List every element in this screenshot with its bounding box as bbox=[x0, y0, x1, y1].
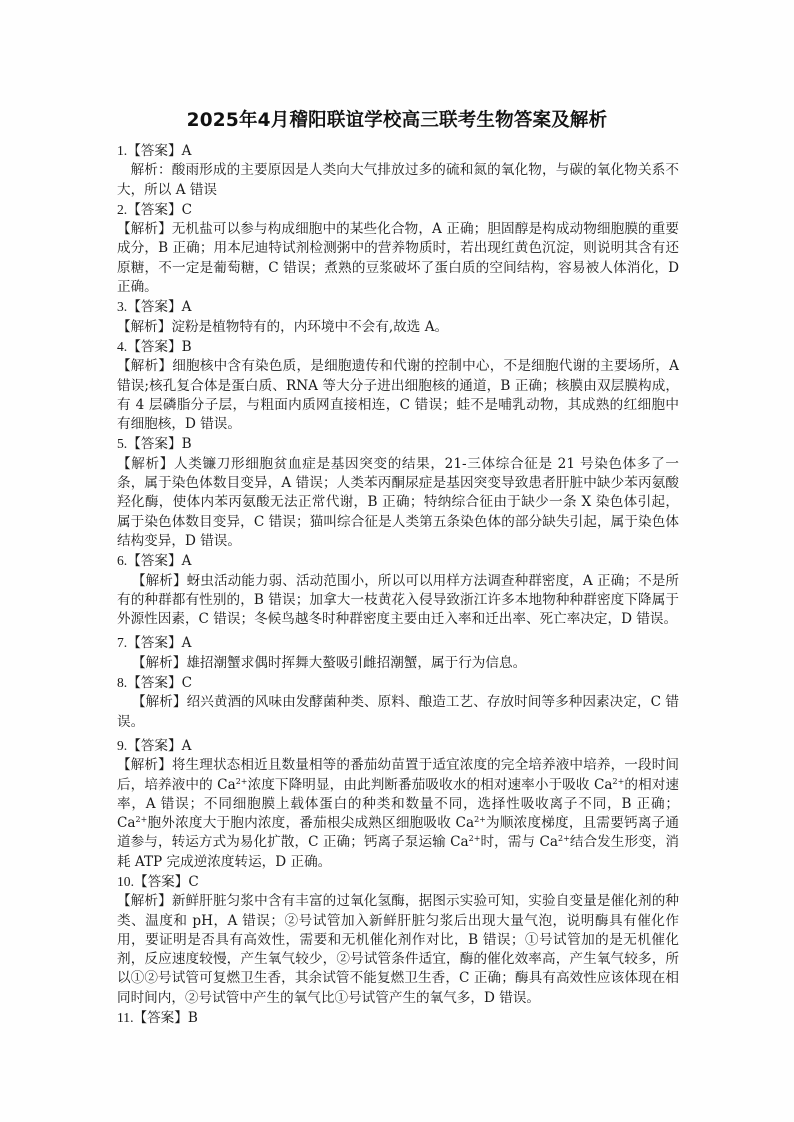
answer-value: B bbox=[182, 339, 192, 355]
answer-value: A bbox=[182, 553, 192, 569]
superscript: 2+ bbox=[236, 777, 248, 786]
document-title: 2025年4月稽阳联谊学校高三联考生物答案及解析 bbox=[0, 106, 794, 132]
superscript: 2+ bbox=[469, 834, 481, 843]
answer-line: 10.【答案】C bbox=[117, 872, 679, 892]
answer-list: 1.【答案】A 解析：酸雨形成的主要原因是人类向大气排放过多的硫和氮的氧化物，与… bbox=[117, 141, 679, 1028]
answer-line: 6.【答案】A bbox=[117, 551, 679, 571]
answer-item-6: 6.【答案】A 【解析】蚜虫活动能力弱、活动范围小，所以可以用样方法调查种群密度… bbox=[117, 551, 679, 629]
answer-value: B bbox=[182, 436, 192, 452]
answer-item-2: 2.【答案】C 【解析】无机盐可以参与构成细胞中的某些化合物，A 正确；胆固醇是… bbox=[117, 200, 679, 297]
answer-value: A bbox=[182, 299, 192, 315]
answer-line: 8.【答案】C bbox=[117, 673, 679, 693]
explanation: 【解析】无机盐可以参与构成细胞中的某些化合物，A 正确；胆固醇是构成动物细胞膜的… bbox=[117, 220, 679, 297]
answer-item-1: 1.【答案】A 解析：酸雨形成的主要原因是人类向大气排放过多的硫和氮的氧化物，与… bbox=[117, 141, 679, 200]
explanation: 【解析】人类镰刀形细胞贫血症是基因突变的结果，21-三体综合征是 21 号染色体… bbox=[117, 455, 679, 551]
superscript: 2+ bbox=[136, 815, 148, 824]
answer-line: 5.【答案】B bbox=[117, 434, 679, 454]
answer-item-5: 5.【答案】B 【解析】人类镰刀形细胞贫血症是基因突变的结果，21-三体综合征是… bbox=[117, 434, 679, 551]
explanation: 【解析】雄招潮蟹求偶时挥舞大螯吸引雌招潮蟹，属于行为信息。 bbox=[117, 654, 679, 673]
answer-item-10: 10.【答案】C 【解析】新鲜肝脏匀浆中含有丰富的过氧化氢酶，据图示实验可知，实… bbox=[117, 872, 679, 1008]
answer-line: 7.【答案】A bbox=[117, 633, 679, 653]
answer-value: B bbox=[188, 1010, 198, 1026]
explanation: 【解析】淀粉是植物特有的，内环境中不会有,故选 A。 bbox=[117, 318, 679, 337]
explanation: 【解析】细胞核中含有染色质，是细胞遗传和代谢的控制中心，不是细胞代谢的主要场所，… bbox=[117, 357, 679, 434]
answer-line: 4.【答案】B bbox=[117, 337, 679, 357]
answer-value: A bbox=[182, 738, 192, 754]
answer-item-11: 11.【答案】B bbox=[117, 1008, 679, 1028]
answer-value: C bbox=[182, 202, 192, 218]
explanation: 【解析】蚜虫活动能力弱、活动范围小，所以可以用样方法调查种群密度，A 正确；不是… bbox=[117, 572, 679, 630]
explanation: 【解析】将生理状态相近且数量相等的番茄幼苗置于适宜浓度的完全培养液中培养，一段时… bbox=[117, 756, 679, 872]
explanation: 【解析】绍兴黄酒的风味由发酵菌种类、原料、酿造工艺、存放时间等多种因素决定，C … bbox=[117, 693, 679, 732]
document-page: 2025年4月稽阳联谊学校高三联考生物答案及解析 1.【答案】A 解析：酸雨形成… bbox=[0, 0, 794, 1122]
explanation: 【解析】新鲜肝脏匀浆中含有丰富的过氧化氢酶，据图示实验可知，实验自变量是催化剂的… bbox=[117, 892, 679, 1008]
answer-line: 3.【答案】A bbox=[117, 297, 679, 317]
superscript: 2+ bbox=[613, 777, 625, 786]
answer-item-8: 8.【答案】C 【解析】绍兴黄酒的风味由发酵菌种类、原料、酿造工艺、存放时间等多… bbox=[117, 673, 679, 732]
answer-item-3: 3.【答案】A 【解析】淀粉是植物特有的，内环境中不会有,故选 A。 bbox=[117, 297, 679, 337]
answer-value: C bbox=[188, 874, 198, 890]
answer-value: A bbox=[182, 143, 192, 159]
superscript: 2+ bbox=[558, 834, 570, 843]
answer-value: C bbox=[182, 675, 192, 691]
answer-line: 11.【答案】B bbox=[117, 1008, 679, 1028]
answer-line: 1.【答案】A bbox=[117, 141, 679, 161]
answer-item-7: 7.【答案】A 【解析】雄招潮蟹求偶时挥舞大螯吸引雌招潮蟹，属于行为信息。 bbox=[117, 633, 679, 673]
superscript: 2+ bbox=[474, 815, 486, 824]
answer-item-9: 9.【答案】A 【解析】将生理状态相近且数量相等的番茄幼苗置于适宜浓度的完全培养… bbox=[117, 736, 679, 872]
answer-value: A bbox=[182, 635, 192, 651]
answer-item-4: 4.【答案】B 【解析】细胞核中含有染色质，是细胞遗传和代谢的控制中心，不是细胞… bbox=[117, 337, 679, 434]
explanation: 解析：酸雨形成的主要原因是人类向大气排放过多的硫和氮的氧化物，与碳的氧化物关系不… bbox=[117, 161, 679, 200]
answer-line: 2.【答案】C bbox=[117, 200, 679, 220]
answer-line: 9.【答案】A bbox=[117, 736, 679, 756]
